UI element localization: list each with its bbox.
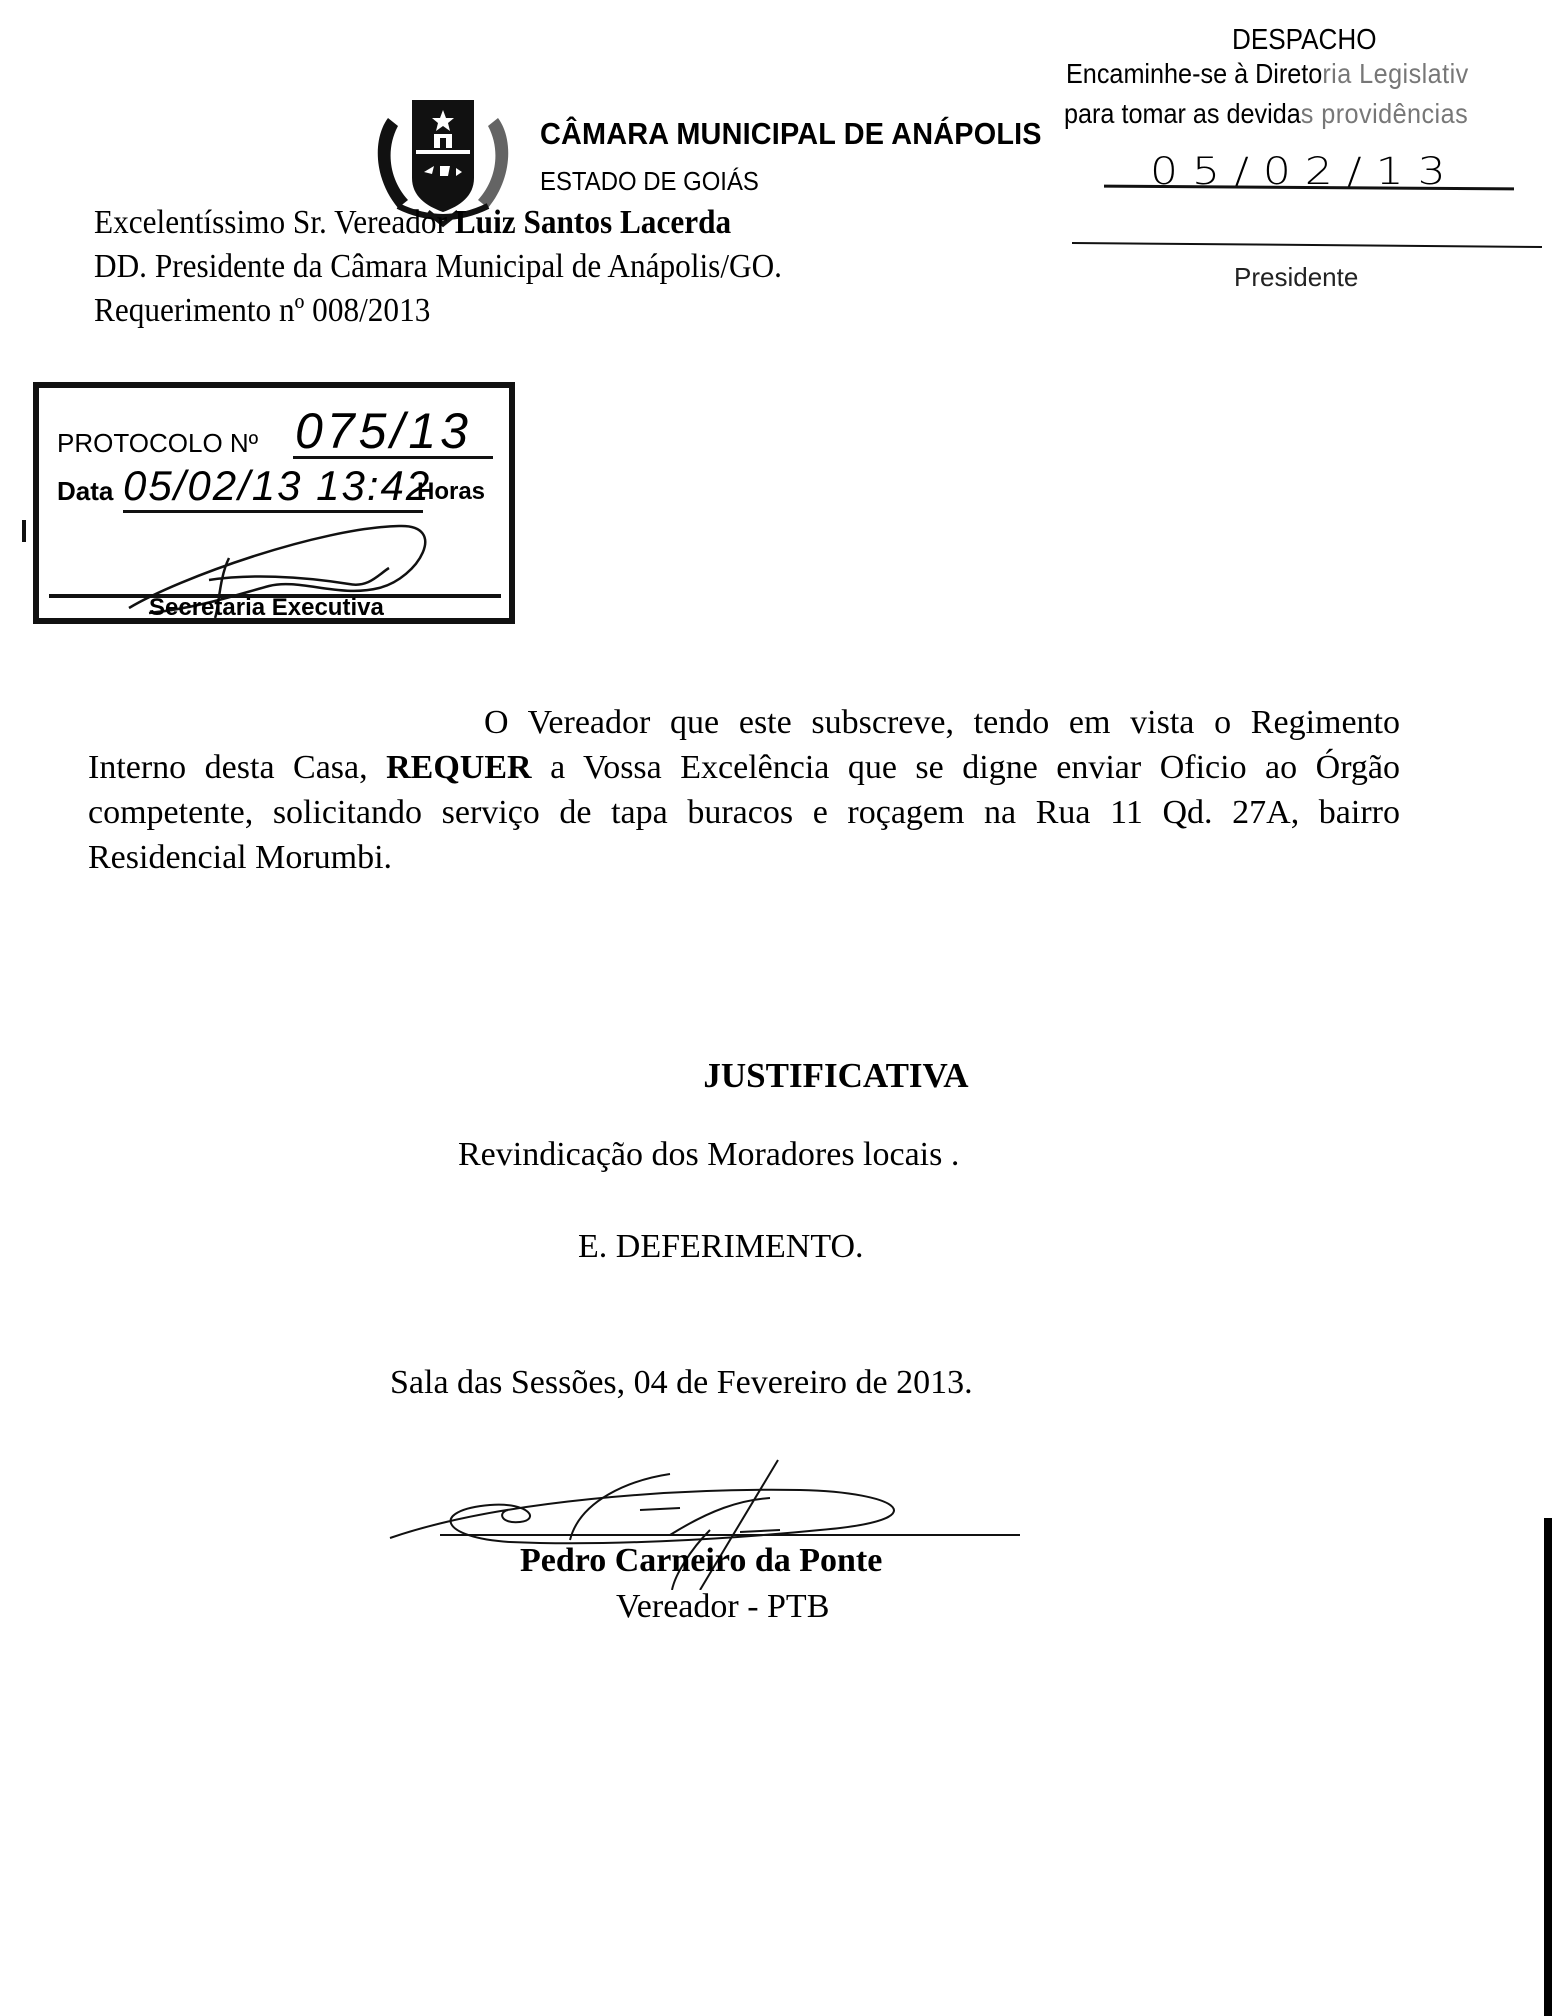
addressee-line: Excelentíssimo Sr. Vereador Luiz Santos … [94,204,731,242]
scan-edge [1544,1518,1552,2016]
justification-text: Revindicação dos Moradores locais . [458,1136,959,1174]
justification-title-text: JUSTIFICATIVA [703,1056,968,1096]
protocol-date-value: 05/02/13 13:42 [123,462,431,510]
paragraph-requer: REQUER [386,749,531,786]
protocol-number-line [293,456,493,459]
organization-state: ESTADO DE GOIÁS [540,166,759,197]
request-paragraph: O Vereador que este subscreve, tendo em … [88,700,1400,880]
despacho-line-2-faded: s providências [1301,98,1468,129]
place-date: Sala das Sessões, 04 de Fevereiro de 201… [390,1364,973,1402]
despacho-signature-line [1072,242,1542,248]
protocol-hours-label: Horas [417,478,485,506]
closing-deferimento: E. DEFERIMENTO. [578,1228,864,1266]
request-number: Requerimento nº 008/2013 [94,292,430,330]
protocol-date-label: Data [57,476,113,507]
despacho-signature-label: Presidente [1234,262,1358,293]
protocol-stamp: PROTOCOLO Nº 075/13 Data 05/02/13 13:42 … [33,382,515,624]
addressee-name: Luiz Santos Lacerda [455,204,731,241]
signer-name: Pedro Carneiro da Ponte [520,1542,882,1580]
addressee-title: DD. Presidente da Câmara Municipal de An… [94,248,782,286]
protocol-sector-label: Secretaria Executiva [149,594,384,622]
signer-role: Vereador - PTB [616,1588,829,1626]
despacho-line-1-faded: ria Legislativ [1322,58,1468,89]
addressee-prefix: Excelentíssimo Sr. Vereador [94,204,455,241]
despacho-line-2: para tomar as devidas providências [1064,98,1468,130]
justification-title: JUSTIFICATIVA [0,1056,1552,1096]
protocol-label: PROTOCOLO Nº [57,428,258,459]
despacho-line-1: Encaminhe-se à Diretoria Legislativ [1066,58,1469,90]
signature-line [440,1534,1020,1536]
despacho-line-1-text: Encaminhe-se à Direto [1066,58,1322,89]
organization-name: CÂMARA MUNICIPAL DE ANÁPOLIS [540,116,1042,152]
protocol-number: 075/13 [295,402,472,460]
protocol-date-line [123,510,423,513]
scan-mark [22,520,26,542]
despacho-title: DESPACHO [1232,24,1377,57]
despacho-line-2-text: para tomar as devida [1064,98,1301,129]
